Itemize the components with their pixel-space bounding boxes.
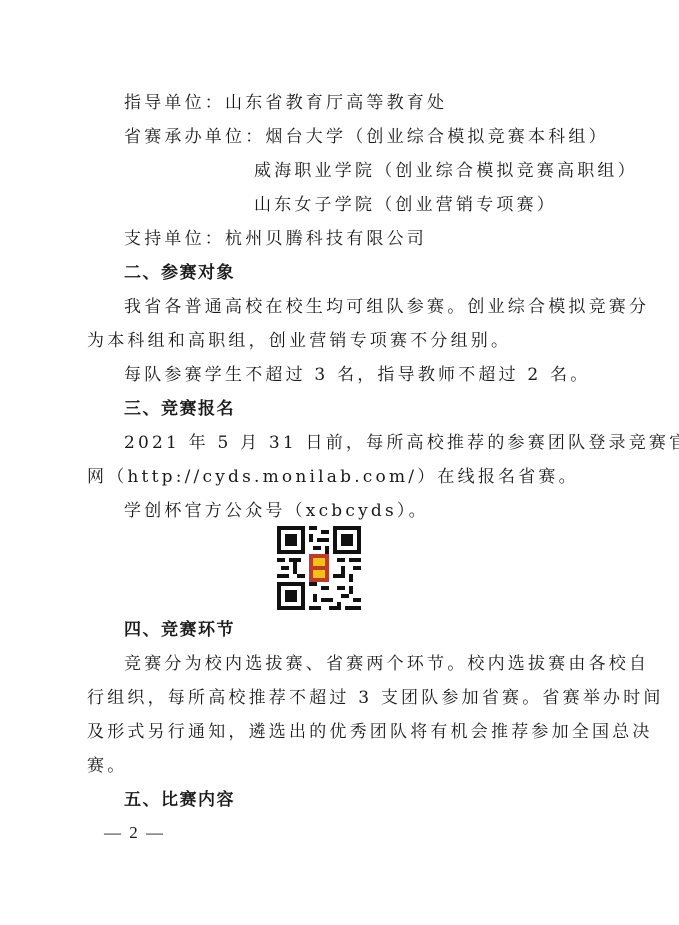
support-unit-label: 支持单位： [124,229,225,249]
paragraph-line: 我省各普通高校在校生均可组队参赛。创业综合模拟竞赛分 [124,296,649,318]
support-unit-line: 支持单位：杭州贝腾科技有限公司 [124,228,427,250]
paragraph-line: 行组织，每所高校推荐不超过 3 支团队参加省赛。省赛举办时间 [87,687,664,709]
section-heading-participants: 二、参赛对象 [124,262,235,284]
paragraph-line: 为本科组和高职组，创业营销专项赛不分组别。 [87,330,511,352]
qr-code-icon [277,526,361,610]
wechat-account-line: 学创杯官方公众号（xcbcyds）。 [124,500,429,522]
guide-unit-line: 指导单位：山东省教育厅高等教育处 [124,92,447,114]
host-unit-2: 威海职业学院（创业综合模拟竞赛高职组） [254,160,638,182]
section-heading-stages: 四、竞赛环节 [124,619,235,641]
paragraph-line: 竞赛分为校内选拔赛、省赛两个环节。校内选拔赛由各校自 [124,653,649,675]
page-number: — 2 — [104,823,165,843]
registration-url-line: 网（http://cyds.monilab.com/）在线报名省赛。 [87,466,579,488]
host-unit-line: 省赛承办单位：烟台大学（创业综合模拟竞赛本科组） [124,126,609,148]
paragraph-line: 及形式另行通知，遴选出的优秀团队将有机会推荐参加全国总决 [87,721,653,743]
support-unit-value: 杭州贝腾科技有限公司 [225,229,427,249]
guide-unit-value: 山东省教育厅高等教育处 [225,93,447,113]
host-unit-1: 烟台大学（创业综合模拟竞赛本科组） [265,127,608,147]
paragraph-line: 每队参赛学生不超过 3 名，指导教师不超过 2 名。 [124,364,590,386]
document-page: 指导单位：山东省教育厅高等教育处 省赛承办单位：烟台大学（创业综合模拟竞赛本科组… [0,0,679,925]
paragraph-line: 2021 年 5 月 31 日前，每所高校推荐的参赛团队登录竞赛官 [124,432,679,454]
host-unit-3: 山东女子学院（创业营销专项赛） [254,194,557,216]
section-heading-content: 五、比赛内容 [124,789,235,811]
section-heading-registration: 三、竞赛报名 [124,398,235,420]
host-unit-label: 省赛承办单位： [124,127,265,147]
guide-unit-label: 指导单位： [124,93,225,113]
paragraph-line: 赛。 [87,755,127,777]
